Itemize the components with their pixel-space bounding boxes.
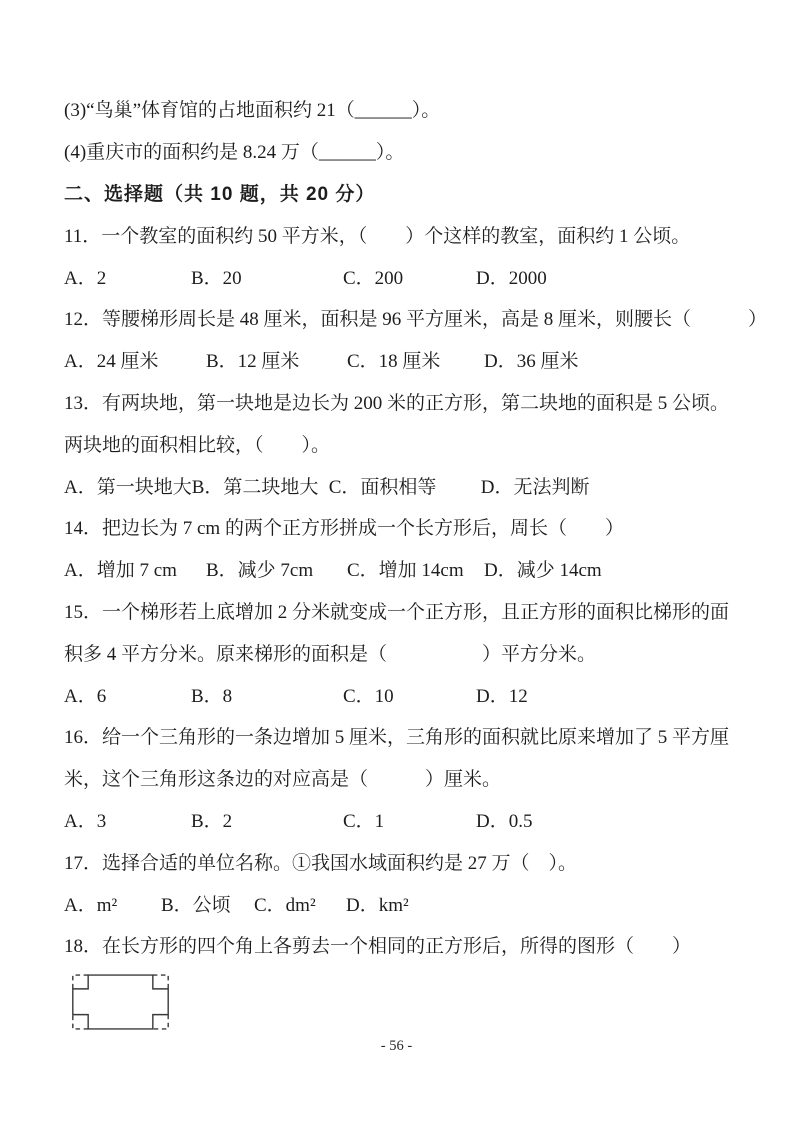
question-13-option-c: C．面积相等 bbox=[329, 472, 481, 499]
question-16-options: A．3 B．2 C．1 D．0.5 bbox=[64, 799, 729, 841]
question-14-text: 14．把边长为 7 cm 的两个正方形拼成一个长方形后，周长（ ） bbox=[64, 506, 729, 548]
question-13-option-d: D．无法判断 bbox=[481, 472, 590, 499]
fill-question-3-text: (3)“鸟巢”体育馆的占地面积约 21（______）。 bbox=[64, 95, 440, 122]
question-12-option-c: C．18 厘米 bbox=[347, 346, 484, 373]
question-13-line-1: 13．有两块地，第一块地是边长为 200 米的正方形，第二块地的面积是 5 公顷… bbox=[64, 388, 729, 415]
question-11-text: 11．一个教室的面积约 50 平方米，（ ）个这样的教室，面积约 1 公顷。 bbox=[64, 213, 729, 255]
cut-corner-rectangle-svg bbox=[72, 974, 169, 1030]
question-12-option-d: D．36 厘米 bbox=[484, 346, 578, 373]
question-16-option-b: B．2 bbox=[191, 806, 343, 833]
question-17-option-c: C．dm² bbox=[254, 890, 346, 917]
question-16-option-d: D．0.5 bbox=[476, 806, 532, 833]
question-13-text: 13．有两块地，第一块地是边长为 200 米的正方形，第二块地的面积是 5 公顷… bbox=[64, 381, 729, 423]
question-17-option-a: A．m² bbox=[64, 890, 161, 917]
question-16-line-2: 米，这个三角形这条边的对应高是（ ）厘米。 bbox=[64, 764, 501, 791]
question-12-option-b: B．12 厘米 bbox=[206, 346, 347, 373]
section-heading-text: 二、选择题（共 10 题，共 20 分） bbox=[64, 179, 375, 206]
fill-question-4: (4)重庆市的面积约是 8.24 万（______）。 bbox=[64, 130, 729, 172]
question-11-option-a: A．2 bbox=[64, 263, 191, 290]
fill-question-4-text: (4)重庆市的面积约是 8.24 万（______）。 bbox=[64, 137, 404, 164]
fill-question-3: (3)“鸟巢”体育馆的占地面积约 21（______）。 bbox=[64, 88, 729, 130]
page-number-text: - 56 - bbox=[381, 1038, 412, 1054]
question-12-options: A．24 厘米 B．12 厘米 C．18 厘米 D．36 厘米 bbox=[64, 339, 729, 381]
question-14-line-1: 14．把边长为 7 cm 的两个正方形拼成一个长方形后，周长（ ） bbox=[64, 513, 624, 540]
question-11-option-d: D．2000 bbox=[476, 263, 547, 290]
question-16-line-1: 16．给一个三角形的一条边增加 5 厘米，三角形的面积就比原来增加了 5 平方厘 bbox=[64, 722, 729, 749]
question-13-text-2: 两块地的面积相比较，（ ）。 bbox=[64, 422, 729, 464]
question-15-option-a: A．6 bbox=[64, 681, 191, 708]
question-13-option-b: B．第二块地大 bbox=[192, 472, 329, 499]
question-14-option-d: D．减少 14cm bbox=[484, 555, 602, 582]
figure-solid-outline bbox=[73, 975, 168, 1029]
question-11-options: A．2 B．20 C．200 D．2000 bbox=[64, 255, 729, 297]
question-16-option-c: C．1 bbox=[343, 806, 476, 833]
question-13-line-2: 两块地的面积相比较，（ ）。 bbox=[64, 430, 330, 457]
question-15-option-b: B．8 bbox=[191, 681, 343, 708]
question-15-option-c: C．10 bbox=[343, 681, 476, 708]
question-13-option-a: A．第一块地大 bbox=[64, 472, 192, 499]
question-12-line-1: 12．等腰梯形周长是 48 厘米，面积是 96 平方厘米，高是 8 厘米，则腰长… bbox=[64, 304, 767, 331]
worksheet-page: (3)“鸟巢”体育馆的占地面积约 21（______）。 (4)重庆市的面积约是… bbox=[0, 0, 793, 1122]
figure-dashed-corners bbox=[73, 975, 168, 1029]
question-17-line-1: 17．选择合适的单位名称。①我国水域面积约是 27 万（ ）。 bbox=[64, 848, 577, 875]
question-14-option-b: B．减少 7cm bbox=[206, 555, 347, 582]
question-15-option-d: D．12 bbox=[476, 681, 528, 708]
question-14-options: A．增加 7 cm B．减少 7cm C．增加 14cm D．减少 14cm bbox=[64, 548, 729, 590]
question-12-option-a: A．24 厘米 bbox=[64, 346, 206, 373]
page-number: - 56 - bbox=[0, 1038, 793, 1055]
question-16-option-a: A．3 bbox=[64, 806, 191, 833]
question-11-line-1: 11．一个教室的面积约 50 平方米，（ ）个这样的教室，面积约 1 公顷。 bbox=[64, 221, 690, 248]
question-17-text: 17．选择合适的单位名称。①我国水域面积约是 27 万（ ）。 bbox=[64, 840, 729, 882]
question-17-option-b: B．公顷 bbox=[161, 890, 254, 917]
question-15-text: 15．一个梯形若上底增加 2 分米就变成一个正方形，且正方形的面积比梯形的面 bbox=[64, 590, 729, 632]
question-12-text: 12．等腰梯形周长是 48 厘米，面积是 96 平方厘米，高是 8 厘米，则腰长… bbox=[64, 297, 729, 339]
question-16-text-2: 米，这个三角形这条边的对应高是（ ）厘米。 bbox=[64, 757, 729, 799]
question-17-options: A．m² B．公顷 C．dm² D．km² bbox=[64, 882, 729, 924]
section-heading: 二、选择题（共 10 题，共 20 分） bbox=[64, 172, 729, 214]
question-18-line-1: 18．在长方形的四个角上各剪去一个相同的正方形后，所得的图形（ ） bbox=[64, 931, 691, 958]
question-13-options: A．第一块地大 B．第二块地大 C．面积相等 D．无法判断 bbox=[64, 464, 729, 506]
question-14-option-c: C．增加 14cm bbox=[347, 555, 484, 582]
question-15-text-2: 积多 4 平方分米。原来梯形的面积是（ ）平方分米。 bbox=[64, 631, 729, 673]
question-14-option-a: A．增加 7 cm bbox=[64, 555, 206, 582]
question-18-text: 18．在长方形的四个角上各剪去一个相同的正方形后，所得的图形（ ） bbox=[64, 924, 729, 966]
cut-corner-rectangle-figure bbox=[72, 974, 729, 1036]
question-17-option-d: D．km² bbox=[346, 890, 409, 917]
question-15-options: A．6 B．8 C．10 D．12 bbox=[64, 673, 729, 715]
question-11-option-c: C．200 bbox=[343, 263, 476, 290]
question-11-option-b: B．20 bbox=[191, 263, 343, 290]
question-15-line-2: 积多 4 平方分米。原来梯形的面积是（ ）平方分米。 bbox=[64, 639, 596, 666]
question-15-line-1: 15．一个梯形若上底增加 2 分米就变成一个正方形，且正方形的面积比梯形的面 bbox=[64, 597, 729, 624]
question-16-text: 16．给一个三角形的一条边增加 5 厘米，三角形的面积就比原来增加了 5 平方厘 bbox=[64, 715, 729, 757]
